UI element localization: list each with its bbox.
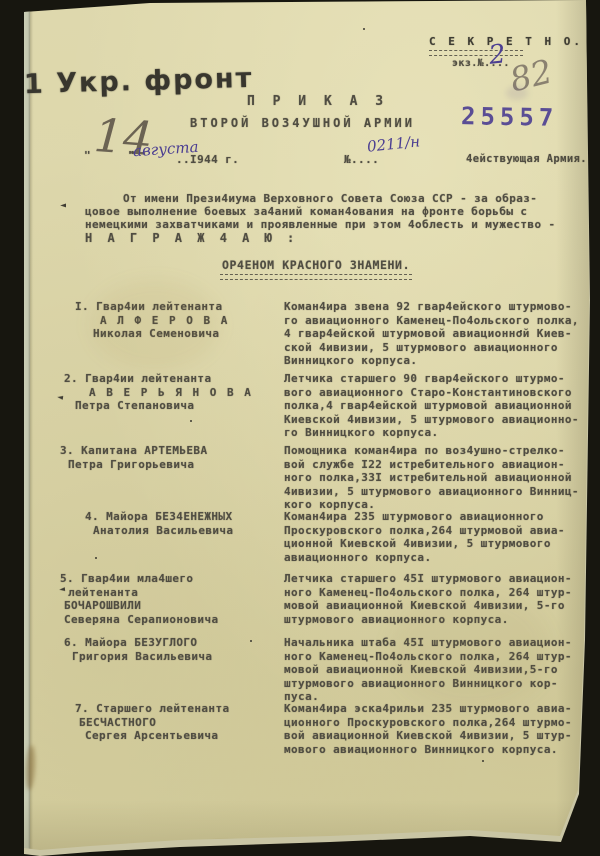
stain (506, 86, 528, 100)
citation-line: ционной Киевской 4ивизии, 5 штурмового (284, 537, 565, 551)
citation-line: полка,4 гвар4ейской штурмовой авиационно… (284, 399, 579, 413)
award-heading-underline (220, 274, 412, 280)
secret-underline (429, 50, 523, 56)
speck (190, 420, 192, 422)
citation-line: авиационного корпуса. (284, 551, 565, 565)
paper-sheet: С Е К Р Е Т Н О. экз.№.... 2 82 1 Укр. ф… (0, 0, 600, 856)
recipient-name: Северяна Серапионовича (64, 613, 219, 627)
recipient-name: Петра Григорьевича (68, 458, 207, 472)
citation-line: ской 4ивизии, 5 штурмового авиационного (284, 341, 579, 355)
recipient-surname: БОЧАРОШВИЛИ (64, 599, 219, 613)
binding-edge-strip (0, 0, 30, 856)
citation-line: вой авиационной Киевской 4ивизии, 5 штур… (284, 729, 572, 743)
stain (390, 590, 550, 710)
citation-line: вого авиационного Старо-Константиновског… (284, 386, 579, 400)
recipient-surname: БЕСЧАСТНОГО (79, 716, 230, 730)
date-quote-open: " (84, 149, 91, 163)
recipient-rank: 5. Гвар4ии мла4шего (60, 572, 219, 586)
speck (482, 760, 484, 762)
recipient-rank: 3. Капитана АРТЕМЬЕВА (60, 444, 207, 458)
margin-mark-icon: ◄ (56, 392, 64, 404)
fold-crease (29, 0, 33, 856)
recipient-name: Сергея Арсентьевича (85, 729, 230, 743)
speck (520, 330, 522, 332)
citation-line: Коман4ира эска4рильи 235 штурмового авиа… (284, 702, 572, 716)
recipient-surname: А В Е Р Ь Я Н О В А (89, 386, 253, 400)
citation-line: Киевской 4ивизии, 5 штурмового авиационн… (284, 413, 579, 427)
citation-line: Винницкого корпуса. (284, 354, 579, 368)
front-stamp: 1 Укр. фронт (24, 63, 254, 100)
citation-line: ционного Проскуровского полка,264 штурмо… (284, 716, 572, 730)
stain (90, 280, 220, 370)
award-heading: ОР4ЕНОМ КРАСНОГО ЗНАМЕНИ. (222, 259, 410, 273)
scanned-order-page: { "colors":{"paper":"#dcd6a9","typed_ink… (0, 0, 600, 856)
citation-line: ного Каменец-По4ольского полка, 264 штур… (284, 586, 572, 600)
citation-line: го авиационного Каменец-По4ольского полк… (284, 314, 579, 328)
citation-line: Коман4ира звена 92 гвар4ейского штурмово… (284, 300, 579, 314)
order-subtitle: ВТОРОЙ ВОЗ4УШНОЙ АРМИИ (190, 117, 415, 131)
speck (363, 28, 365, 30)
edge-shadow (556, 0, 600, 856)
recipient-name: Григория Васильевича (72, 650, 212, 664)
margin-mark-icon: ◄ (60, 200, 66, 211)
recipient-name: Петра Степановича (75, 399, 253, 413)
recipient-rank: лейтенанта (68, 586, 219, 600)
copy-number-handwritten: 2 (487, 39, 507, 71)
citation-line: вой службе I22 истребительного авиацион- (284, 458, 579, 472)
recipient-rank: 7. Старшего лейтенанта (75, 702, 230, 716)
preamble-line: немецкими захватчиками и проявленные при… (85, 218, 556, 232)
citation-line: 4ивизии, 5 штурмового авиационного Винни… (284, 485, 579, 499)
order-number-handwritten: 0211/н (366, 132, 421, 155)
speck (95, 557, 97, 559)
citation-line: Летчика старшего 45I штурмового авиацион… (284, 572, 572, 586)
recipient-rank: 2. Гвар4ии лейтенанта (64, 372, 253, 386)
citation-line: Проскуровского полка,264 штурмовой авиа- (284, 524, 565, 538)
order-title: П Р И К А З (247, 95, 388, 109)
award-verb: Н А Г Р А Ж 4 А Ю : (85, 232, 298, 246)
recipient-rank: 4. Майора БЕЗ4ЕНЕЖНЫХ (85, 510, 233, 524)
citation-line: мового авиационного Винницкого корпуса. (284, 743, 572, 757)
preamble-line: цовое выполнение боевых за4аний коман4ов… (85, 205, 527, 219)
citation-line: Летчика старшего 90 гвар4ейского штурмо- (284, 372, 579, 386)
citation-line: Помощника коман4ира по воз4ушно-стрелко- (284, 444, 579, 458)
preamble-line: От имени Прези4иума Верховного Совета Со… (123, 192, 537, 206)
citation-line: го Винницкого корпуса. (284, 426, 579, 440)
citation-line: Коман4ира 235 штурмового авиационного (284, 510, 565, 524)
speck (250, 640, 252, 642)
recipient-name: Анатолия Васильевича (93, 524, 233, 538)
citation-line: 4 гвар4ейской штурмовой авиационной Киев… (284, 327, 579, 341)
recipient-rank: 6. Майора БЕЗУГЛОГО (64, 636, 212, 650)
date-year: ..I944 г. (176, 153, 239, 167)
citation-line: ного полка,33I истребительной авиационно… (284, 471, 579, 485)
registry-number-stamp: 25557 (461, 102, 559, 132)
